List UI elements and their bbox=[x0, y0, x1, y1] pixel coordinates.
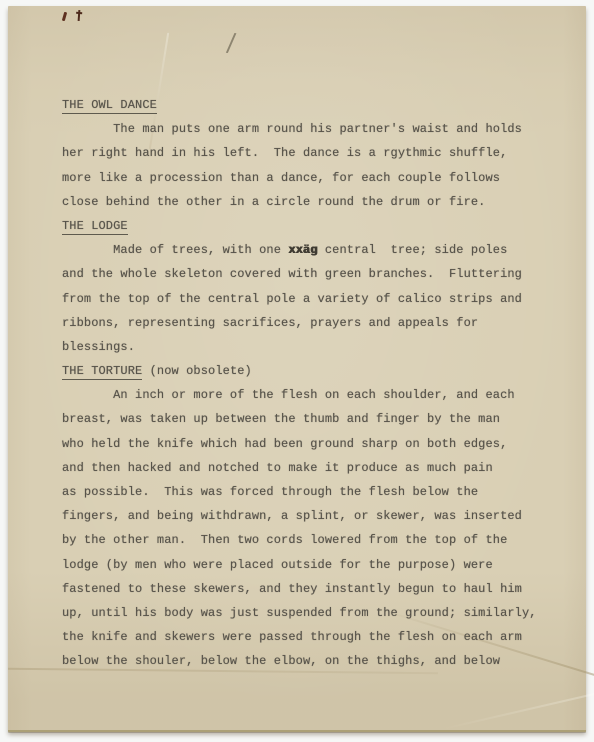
section-heading-suffix: (now obsolete) bbox=[142, 364, 252, 378]
text-line: close behind the other in a circle round… bbox=[62, 190, 554, 214]
text-line: and the whole skeleton covered with gree… bbox=[62, 262, 554, 286]
text-line: her right hand in his left. The dance is… bbox=[62, 141, 554, 165]
pencil-page-mark: / bbox=[226, 28, 237, 58]
text-line: fastened to these skewers, and they inst… bbox=[62, 577, 554, 601]
text-line: and then hacked and notched to make it p… bbox=[62, 456, 554, 480]
struck-out-word: xxäg bbox=[288, 243, 317, 257]
text-line: The man puts one arm round his partner's… bbox=[62, 117, 554, 141]
text-line: fingers, and being withdrawn, a splint, … bbox=[62, 504, 554, 528]
text-line: lodge (by men who were placed outside fo… bbox=[62, 553, 554, 577]
section-heading-text: THE LODGE bbox=[62, 219, 128, 235]
text-line: by the other man. Then two cords lowered… bbox=[62, 528, 554, 552]
text-line: up, until his body was just suspended fr… bbox=[62, 601, 554, 625]
paper-sheet: / THE OWL DANCE The man puts one arm rou… bbox=[8, 6, 586, 732]
text-line: the knife and skewers were passed throug… bbox=[62, 625, 554, 649]
text-line: Made of trees, with one xxäg central tre… bbox=[62, 238, 554, 262]
text-line: below the shouler, below the elbow, on t… bbox=[62, 649, 554, 673]
text-line: An inch or more of the flesh on each sho… bbox=[62, 383, 554, 407]
ink-mark-icon bbox=[62, 12, 67, 21]
text-line: more like a procession than a dance, for… bbox=[62, 166, 554, 190]
section-heading-text: THE OWL DANCE bbox=[62, 98, 157, 114]
section-heading: THE TORTURE (now obsolete) bbox=[62, 359, 554, 383]
text-line: ribbons, representing sacrifices, prayer… bbox=[62, 311, 554, 335]
section-heading: THE LODGE bbox=[62, 214, 554, 238]
scan-background: { "page": { "background_color": "#f6f7f6… bbox=[0, 0, 594, 742]
text-line: blessings. bbox=[62, 335, 554, 359]
text-line: as possible. This was forced through the… bbox=[62, 480, 554, 504]
text-line: who held the knife which had been ground… bbox=[62, 432, 554, 456]
section-heading-text: THE TORTURE bbox=[62, 364, 142, 380]
ink-mark-icon bbox=[78, 10, 81, 21]
section-heading: THE OWL DANCE bbox=[62, 93, 554, 117]
text-line: from the top of the central pole a varie… bbox=[62, 287, 554, 311]
typewritten-text: THE OWL DANCE The man puts one arm round… bbox=[62, 93, 554, 674]
paper-crease bbox=[440, 684, 594, 731]
text-line: breast, was taken up between the thumb a… bbox=[62, 407, 554, 431]
